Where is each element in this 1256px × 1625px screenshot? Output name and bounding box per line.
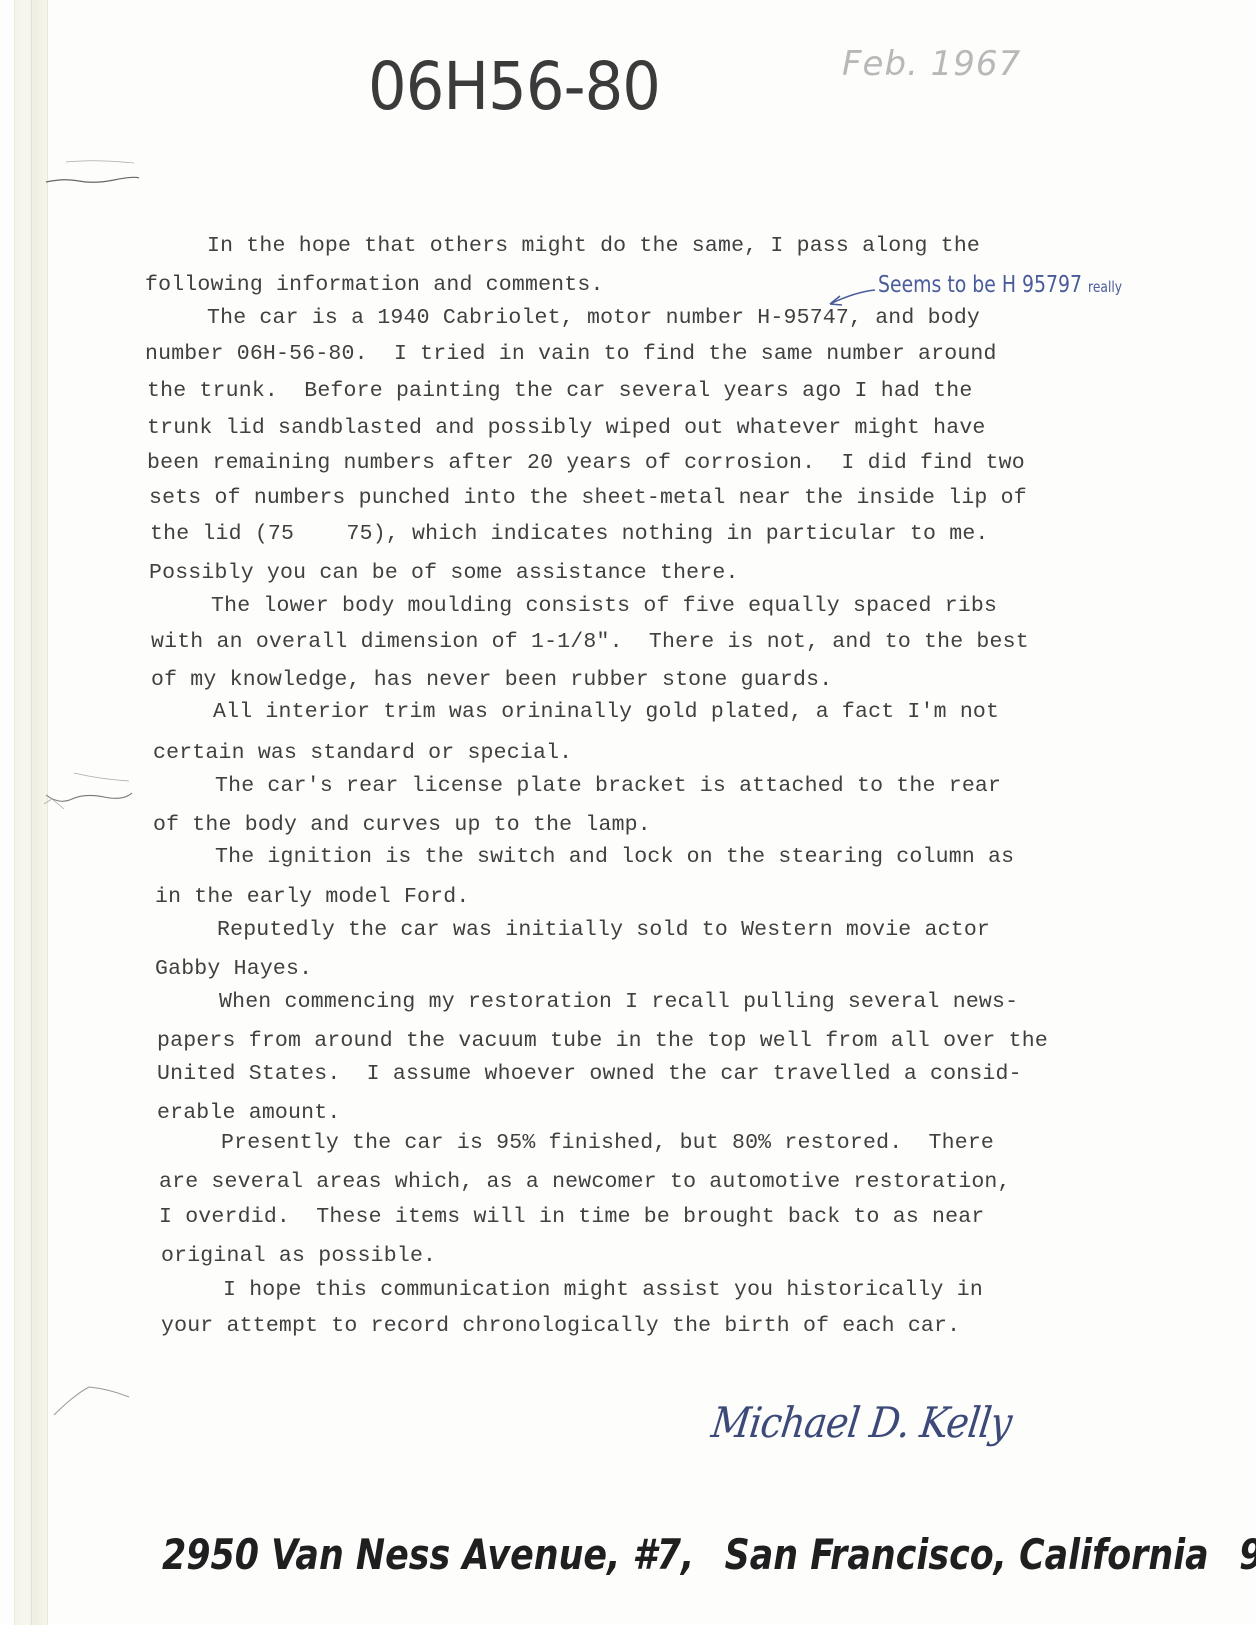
letter-line: The car is a 1940 Cabriolet, motor numbe… [207, 308, 980, 330]
letter-line: All interior trim was orininally gold pl… [213, 702, 999, 724]
letter-line: with an overall dimension of 1-1/8". The… [151, 632, 1029, 654]
annotation-text: Seems to be H 95797 [878, 272, 1082, 298]
date-note: Feb. 1967 [842, 44, 1021, 84]
letter-line: of the body and curves up to the lamp. [153, 815, 651, 837]
letter-line: trunk lid sandblasted and possibly wiped… [147, 418, 986, 440]
signature: Michael D. Kelly [709, 1398, 1014, 1447]
letter-line: the lid (75 75), which indicates nothing… [150, 524, 989, 546]
letter-line: erable amount. [157, 1103, 340, 1125]
torn-paper-mark [44, 1355, 144, 1425]
letter-line: Possibly you can be of some assistance t… [149, 563, 739, 585]
address-zip: 94109 [1239, 1530, 1256, 1579]
letter-line: papers from around the vacuum tube in th… [157, 1031, 1048, 1053]
letter-line: the trunk. Before painting the car sever… [147, 381, 972, 403]
letter-line: your attempt to record chronologically t… [161, 1316, 960, 1338]
letter-line: Gabby Hayes. [155, 959, 312, 981]
document-number: 06H56-80 [368, 48, 660, 125]
letter-line: are several areas which, as a newcomer t… [159, 1172, 1011, 1194]
letter-line: When commencing my restoration I recall … [219, 992, 1018, 1014]
letter-line: in the early model Ford. [155, 887, 469, 909]
letter-line: following information and comments. [145, 275, 604, 297]
letter-line: The lower body moulding consists of five… [211, 596, 997, 618]
letter-line: certain was standard or special. [153, 743, 572, 765]
address-city: San Francisco, California [725, 1530, 1209, 1579]
torn-paper-mark [44, 150, 144, 190]
address-street: 2950 Van Ness Avenue, #7, [162, 1530, 694, 1579]
letter-line: I overdid. These items will in time be b… [159, 1207, 984, 1229]
letter-line: sets of numbers punched into the sheet-m… [149, 488, 1027, 510]
annotation-suffix: really [1088, 278, 1122, 296]
letter-line: of my knowledge, has never been rubber s… [151, 670, 832, 692]
letter-line: The car's rear license plate bracket is … [215, 776, 1001, 798]
address: 2950 Van Ness Avenue, #7, San Francisco,… [162, 1530, 1256, 1579]
handwritten-annotation: Seems to be H 95797 really [878, 272, 1122, 298]
letter-line: Presently the car is 95% finished, but 8… [221, 1133, 994, 1155]
letter-line: been remaining numbers after 20 years of… [147, 453, 1025, 475]
binding-strip [14, 0, 48, 1625]
letter-line: United States. I assume whoever owned th… [157, 1064, 1022, 1086]
letter-line: In the hope that others might do the sam… [207, 236, 980, 258]
letter-line: I hope this communication might assist y… [223, 1280, 983, 1302]
torn-paper-mark [44, 755, 144, 835]
letter-line: original as possible. [161, 1246, 436, 1268]
letter-line: The ignition is the switch and lock on t… [215, 847, 1014, 869]
letter-line: Reputedly the car was initially sold to … [217, 920, 990, 942]
letter-line: number 06H-56-80. I tried in vain to fin… [145, 344, 997, 366]
